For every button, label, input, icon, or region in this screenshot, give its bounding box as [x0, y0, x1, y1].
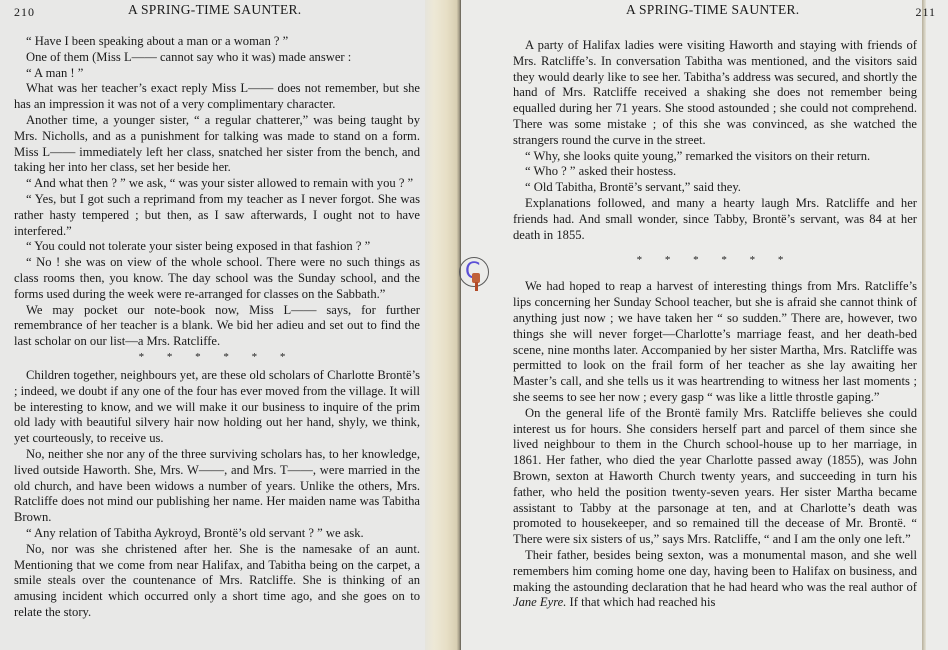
- paragraph: Another time, a younger sister, “ a regu…: [14, 113, 420, 176]
- paragraph: We had hoped to reap a harvest of intere…: [513, 279, 917, 405]
- paragraph: “ And what then ? ” we ask, “ was your s…: [14, 176, 420, 192]
- paragraph: A party of Halifax ladies were visiting …: [513, 38, 917, 149]
- right-page: A SPRING-TIME SAUNTER. 211 A party of Ha…: [461, 0, 948, 650]
- paragraph: “ No ! she was on view of the whole scho…: [14, 255, 420, 302]
- paragraph: On the general life of the Brontë family…: [513, 406, 917, 548]
- paragraph: “ Old Tabitha, Brontë’s servant,” said t…: [513, 180, 917, 196]
- paragraph: No, nor was she christened after her. Sh…: [14, 542, 420, 621]
- paragraph: “ You could not tolerate your sister bei…: [14, 239, 420, 255]
- left-page: 210 A SPRING-TIME SAUNTER. “ Have I been…: [0, 0, 461, 650]
- right-page-gutter-edge: [922, 0, 926, 650]
- right-running-title: A SPRING-TIME SAUNTER.: [626, 0, 799, 20]
- paragraph: Children together, neighbours yet, are t…: [14, 368, 420, 447]
- right-body-text: A party of Halifax ladies were visiting …: [513, 38, 917, 611]
- right-page-number: 211: [915, 2, 936, 22]
- paragraph: “ Have I been speaking about a man or a …: [14, 34, 420, 50]
- paragraph-text: If that which had reached his: [566, 595, 715, 609]
- paragraph: No, neither she nor any of the three sur…: [14, 447, 420, 526]
- paragraph: “ Who ? ” asked their hostess.: [513, 164, 917, 180]
- paragraph: “ A man ! ”: [14, 66, 420, 82]
- paragraph: “ Why, she looks quite young,” remarked …: [513, 149, 917, 165]
- left-running-head: 210 A SPRING-TIME SAUNTER.: [14, 0, 422, 20]
- paragraph-text: Their father, besides being sexton, was …: [513, 548, 917, 594]
- paragraph: “ Yes, but I got such a reprimand from m…: [14, 192, 420, 239]
- paragraph: What was her teacher’s exact reply Miss …: [14, 81, 420, 113]
- book-spread: 210 A SPRING-TIME SAUNTER. “ Have I been…: [0, 0, 948, 650]
- stamp-figure-base: [475, 282, 478, 291]
- paragraph-last: Their father, besides being sexton, was …: [513, 548, 917, 611]
- right-running-head: A SPRING-TIME SAUNTER. 211: [461, 0, 936, 20]
- left-page-number: 210: [14, 2, 35, 22]
- library-stamp-icon: C: [459, 257, 489, 287]
- left-page-gutter-edge: [425, 0, 461, 650]
- paragraph: “ Any relation of Tabitha Aykroyd, Bront…: [14, 526, 420, 542]
- left-body-text: “ Have I been speaking about a man or a …: [14, 34, 420, 621]
- paragraph: We may pocket our note-book now, Miss L—…: [14, 303, 420, 350]
- paragraph: One of them (Miss L—— cannot say who it …: [14, 50, 420, 66]
- paragraph: Explanations followed, and many a hearty…: [513, 196, 917, 243]
- left-running-title: A SPRING-TIME SAUNTER.: [128, 0, 301, 20]
- book-title-italic: Jane Eyre.: [513, 595, 566, 609]
- section-separator: * * * * * *: [14, 350, 420, 364]
- section-separator: * * * * * *: [513, 253, 917, 267]
